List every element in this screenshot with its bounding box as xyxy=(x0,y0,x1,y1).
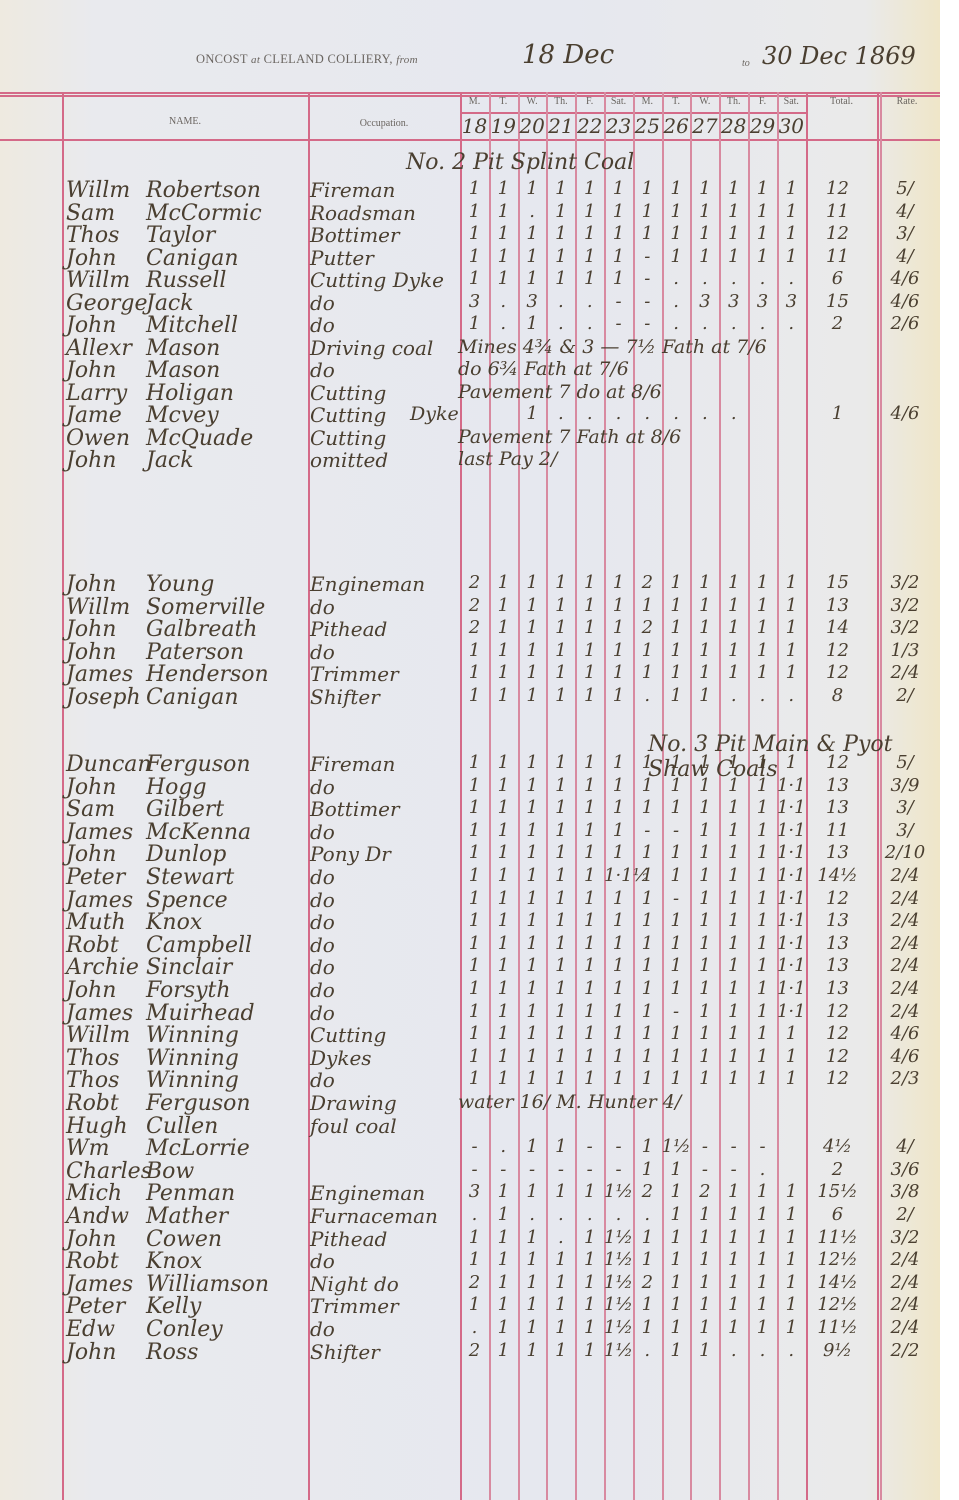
day-cell: . xyxy=(662,403,691,424)
last-name: McCormic xyxy=(146,201,262,226)
last-name: Kelly xyxy=(146,1294,201,1319)
first-name: Willm xyxy=(66,1023,130,1048)
day-label: T. xyxy=(662,96,691,107)
rate-cell: 4/6 xyxy=(880,291,930,312)
day-cell: 1 xyxy=(575,820,604,841)
day-cell: 1 xyxy=(777,246,806,267)
document-title: ONCOST at CLELAND COLLIERY, from xyxy=(196,52,418,67)
day-cell: 1 xyxy=(719,640,748,661)
day-cell: . xyxy=(546,1227,575,1248)
day-cell: 1 xyxy=(690,246,719,267)
day-cell: 1 xyxy=(633,842,662,863)
day-cell: 1 xyxy=(546,1340,575,1361)
day-cell: . xyxy=(719,313,748,334)
last-name: Mcvey xyxy=(146,403,219,428)
date-label: 23 xyxy=(604,114,633,138)
day-cell: . xyxy=(489,313,518,334)
day-cell: 1 xyxy=(690,617,719,638)
occupation: Pony Dr xyxy=(310,842,391,866)
day-cell: 1 xyxy=(460,797,489,818)
day-cell: 1 xyxy=(575,865,604,886)
rate-cell: 2/ xyxy=(880,685,930,706)
rate-cell: 2/4 xyxy=(880,1294,930,1315)
day-cell: 1·1 xyxy=(777,888,806,909)
day-cell: 1 xyxy=(690,1249,719,1270)
day-cell: 1 xyxy=(575,1023,604,1044)
day-cell: 2 xyxy=(460,1340,489,1361)
day-cell: 1 xyxy=(748,1046,777,1067)
table-row: JohnHoggdo111111111111·1133/9 xyxy=(0,775,940,797)
day-cell: 1 xyxy=(518,1294,547,1315)
occupation: Pithead xyxy=(310,1227,387,1251)
day-cell: 1 xyxy=(604,178,633,199)
day-cell: 1 xyxy=(460,775,489,796)
day-cell: 1 xyxy=(518,246,547,267)
day-cell: 1½ xyxy=(604,1181,633,1202)
table-row: RobtFergusonDrawingwater 16/ M. Hunter 4… xyxy=(0,1091,940,1113)
day-cell: 1 xyxy=(748,572,777,593)
occupation: Cutting xyxy=(310,426,386,450)
table-row: JameMcveyCuttingDyke1.......14/6 xyxy=(0,403,940,425)
total-cell: 15½ xyxy=(810,1181,865,1202)
table-row: JohnMitchelldo1.1..--.....22/6 xyxy=(0,313,940,335)
day-cell: 1 xyxy=(518,1181,547,1202)
rate-cell: 2/4 xyxy=(880,978,930,999)
day-cell: 1 xyxy=(633,1023,662,1044)
day-cell: 1 xyxy=(460,201,489,222)
day-cell: 1 xyxy=(489,775,518,796)
rate-cell: 4/6 xyxy=(880,1046,930,1067)
day-cell: 1·1 xyxy=(777,955,806,976)
day-cell: 1 xyxy=(489,820,518,841)
last-name: McLorrie xyxy=(146,1136,250,1161)
day-cell: 2 xyxy=(633,617,662,638)
day-cell: 1 xyxy=(518,1023,547,1044)
day-cell: 1 xyxy=(518,1046,547,1067)
total-cell: 12 xyxy=(810,662,865,683)
occupation: Bottimer xyxy=(310,797,400,821)
day-cell: 1 xyxy=(719,955,748,976)
day-cell: 1 xyxy=(489,910,518,931)
day-cell: 1·1 xyxy=(777,775,806,796)
occupation: Furnaceman xyxy=(310,1204,438,1228)
occupation: do xyxy=(310,291,335,315)
date-label: 30 xyxy=(777,114,806,138)
day-cell: 1 xyxy=(604,1023,633,1044)
day-cell: 1 xyxy=(489,1068,518,1089)
day-cell: 2 xyxy=(460,572,489,593)
day-cell: 1 xyxy=(489,178,518,199)
first-name: John xyxy=(66,775,116,800)
day-cell: 1 xyxy=(777,752,806,773)
occupation: Night do xyxy=(310,1272,399,1296)
day-cell: - xyxy=(604,1159,633,1180)
day-cell: 1 xyxy=(575,775,604,796)
day-cell: 1 xyxy=(460,888,489,909)
rate-cell: 2/3 xyxy=(880,1068,930,1089)
rate-cell: 3/2 xyxy=(880,1227,930,1248)
total-cell: 13 xyxy=(810,955,865,976)
rate-cell: 2/4 xyxy=(880,1272,930,1293)
last-name: Robertson xyxy=(146,178,261,203)
total-cell: 1 xyxy=(810,403,865,424)
day-cell: 1 xyxy=(489,955,518,976)
day-cell: 1 xyxy=(546,752,575,773)
day-cell: 2 xyxy=(633,572,662,593)
day-cell: 1 xyxy=(489,640,518,661)
day-cell: 1 xyxy=(748,910,777,931)
note: water 16/ M. Hunter 4/ xyxy=(458,1091,681,1113)
day-cell: 3 xyxy=(518,291,547,312)
day-cell: . xyxy=(633,1204,662,1225)
day-cell: - xyxy=(604,313,633,334)
day-cell: 1 xyxy=(460,978,489,999)
day-label: F. xyxy=(748,96,777,107)
day-cell: 1 xyxy=(575,1340,604,1361)
last-name: Gilbert xyxy=(146,797,224,822)
total-cell: 13 xyxy=(810,978,865,999)
day-cell: 1 xyxy=(719,978,748,999)
first-name: John xyxy=(66,1340,116,1365)
day-cell: 1 xyxy=(546,595,575,616)
day-cell: 1 xyxy=(719,1001,748,1022)
day-cell: . xyxy=(748,685,777,706)
day-cell: - xyxy=(518,1159,547,1180)
first-name: Thos xyxy=(66,223,119,248)
day-cell: 1 xyxy=(518,978,547,999)
first-name: Willm xyxy=(66,178,130,203)
day-cell: 1 xyxy=(518,595,547,616)
rate-cell: 3/2 xyxy=(880,595,930,616)
day-cell: 1 xyxy=(604,1001,633,1022)
day-cell: 1 xyxy=(719,223,748,244)
day-cell: . xyxy=(662,291,691,312)
day-cell: 1 xyxy=(662,1204,691,1225)
table-row: AllexrMasonDriving coalMines 4¾ & 3 — 7½… xyxy=(0,336,940,358)
first-name: Peter xyxy=(66,865,125,890)
day-cell: 1 xyxy=(518,178,547,199)
day-cell: 1 xyxy=(748,662,777,683)
day-cell: 1 xyxy=(489,572,518,593)
day-cell: 1 xyxy=(546,617,575,638)
first-name: John xyxy=(66,617,116,642)
date-to: 30 Dec 1869 xyxy=(762,42,916,70)
day-cell: . xyxy=(748,268,777,289)
day-cell: 1 xyxy=(575,685,604,706)
occupation: do xyxy=(310,775,335,799)
first-name: Robt xyxy=(66,1249,119,1274)
day-cell: 1 xyxy=(518,910,547,931)
day-cell: 1 xyxy=(690,1340,719,1361)
day-cell: 1½ xyxy=(604,1272,633,1293)
last-name: Muirhead xyxy=(146,1001,255,1026)
first-name: John xyxy=(66,640,116,665)
rate-cell: 4/ xyxy=(880,246,930,267)
first-name: Robt xyxy=(66,933,119,958)
day-cell: 1 xyxy=(575,595,604,616)
day-label: Sat. xyxy=(604,96,633,107)
day-cell: 1 xyxy=(777,1227,806,1248)
note: Pavement 7 Fath at 8/6 xyxy=(458,426,681,448)
day-cell: . xyxy=(575,313,604,334)
day-cell: 1 xyxy=(690,1227,719,1248)
day-cell: 1 xyxy=(546,1001,575,1022)
day-cell: 1 xyxy=(575,1317,604,1338)
day-cell: . xyxy=(748,313,777,334)
day-cell: . xyxy=(460,1317,489,1338)
day-cell: 1 xyxy=(662,617,691,638)
day-cell: 1 xyxy=(719,246,748,267)
rate-cell: 3/2 xyxy=(880,617,930,638)
day-cell: 1 xyxy=(575,223,604,244)
day-cell: 1 xyxy=(748,246,777,267)
day-cell: 1 xyxy=(662,1317,691,1338)
total-cell: 4½ xyxy=(810,1136,865,1157)
header-rate: Rate. xyxy=(877,96,937,107)
date-label: 29 xyxy=(748,114,777,138)
day-cell: . xyxy=(518,201,547,222)
day-cell: 3 xyxy=(748,291,777,312)
day-cell: 1 xyxy=(633,978,662,999)
day-cell: - xyxy=(719,1159,748,1180)
day-cell: 1·1 xyxy=(777,820,806,841)
day-cell: 1 xyxy=(489,617,518,638)
day-cell: 1 xyxy=(690,1046,719,1067)
day-cell: 1 xyxy=(575,978,604,999)
first-name: John xyxy=(66,246,116,271)
date-label: 28 xyxy=(719,114,748,138)
day-cell: 1 xyxy=(633,1227,662,1248)
occupation: Trimmer xyxy=(310,662,399,686)
total-cell: 13 xyxy=(810,910,865,931)
day-cell: 1 xyxy=(546,1272,575,1293)
last-name: Holigan xyxy=(146,381,234,406)
day-cell: 1 xyxy=(604,842,633,863)
day-cell: 1 xyxy=(460,865,489,886)
rate-cell: 2/6 xyxy=(880,313,930,334)
day-cell: 1 xyxy=(719,865,748,886)
table-row: SamMcCormicRoadsman11.111111111114/ xyxy=(0,201,940,223)
day-cell: 1 xyxy=(777,1046,806,1067)
title-place: CLELAND COLLIERY, xyxy=(264,52,393,66)
total-cell: 11½ xyxy=(810,1227,865,1248)
day-cell: 1·1 xyxy=(777,910,806,931)
day-cell: 1 xyxy=(604,685,633,706)
date-label: 20 xyxy=(518,114,547,138)
day-cell: 1 xyxy=(460,246,489,267)
day-cell: 1 xyxy=(460,313,489,334)
day-cell: . xyxy=(604,403,633,424)
first-name: James xyxy=(66,1272,133,1297)
day-cell: 1 xyxy=(719,178,748,199)
day-cell: 1 xyxy=(460,955,489,976)
day-cell: 2 xyxy=(460,1272,489,1293)
last-name: Winning xyxy=(146,1023,239,1048)
day-cell: 1 xyxy=(489,797,518,818)
occupation: Shifter xyxy=(310,685,380,709)
day-cell: 1 xyxy=(575,1181,604,1202)
date-label: 26 xyxy=(662,114,691,138)
day-label: Sat. xyxy=(777,96,806,107)
occupation: Roadsman xyxy=(310,201,416,225)
day-cell: . xyxy=(690,268,719,289)
day-cell: 1 xyxy=(489,268,518,289)
day-cell: 1 xyxy=(690,775,719,796)
day-cell: 1 xyxy=(662,1272,691,1293)
last-name: McQuade xyxy=(146,426,253,451)
day-cell: 1 xyxy=(546,1023,575,1044)
table-row: JamesSpencedo1111111-1111·1122/4 xyxy=(0,888,940,910)
day-cell: 1 xyxy=(719,888,748,909)
day-cell: 1 xyxy=(604,775,633,796)
day-cell: 1 xyxy=(575,888,604,909)
day-cell: 1½ xyxy=(604,1227,633,1248)
day-cell: 1 xyxy=(662,955,691,976)
day-cell: . xyxy=(489,291,518,312)
total-cell: 13 xyxy=(810,797,865,818)
rate-cell: 4/6 xyxy=(880,1023,930,1044)
table-row: DuncanFergusonFireman111111111111125/ xyxy=(0,752,940,774)
last-name: Campbell xyxy=(146,933,252,958)
day-cell: 1 xyxy=(719,842,748,863)
total-cell: 11 xyxy=(810,246,865,267)
day-cell: 1 xyxy=(662,865,691,886)
occupation: do xyxy=(310,865,335,889)
first-name: John xyxy=(66,358,116,383)
day-cell: 1 xyxy=(748,617,777,638)
table-row: PeterKellyTrimmer111111½11111112½2/4 xyxy=(0,1294,940,1316)
day-cell: 1 xyxy=(748,775,777,796)
day-cell: . xyxy=(719,403,748,424)
day-cell: 1 xyxy=(748,1181,777,1202)
day-cell: 1 xyxy=(604,617,633,638)
day-cell: 1 xyxy=(575,842,604,863)
day-cell: 1 xyxy=(489,1249,518,1270)
last-name: Stewart xyxy=(146,865,234,890)
day-cell: 1 xyxy=(662,1046,691,1067)
day-cell: 3 xyxy=(719,291,748,312)
total-cell: 6 xyxy=(810,1204,865,1225)
day-cell: 1 xyxy=(690,1068,719,1089)
first-name: Archie xyxy=(66,955,139,980)
total-cell: 12 xyxy=(810,1001,865,1022)
total-cell: 11 xyxy=(810,201,865,222)
day-cell: 1 xyxy=(748,1317,777,1338)
day-cell: 1 xyxy=(719,933,748,954)
day-cell: - xyxy=(604,291,633,312)
header-name: NAME. xyxy=(62,116,308,127)
last-name: McKenna xyxy=(146,820,251,845)
day-cell: 1 xyxy=(690,752,719,773)
day-cell: 1 xyxy=(460,685,489,706)
day-cell: 1 xyxy=(604,1046,633,1067)
day-cell: . xyxy=(662,268,691,289)
day-cell: 1 xyxy=(489,685,518,706)
day-cell: 3 xyxy=(460,291,489,312)
table-row: JohnCaniganPutter111111-11111114/ xyxy=(0,246,940,268)
day-cell: 1½ xyxy=(604,1294,633,1315)
last-name: Cullen xyxy=(146,1114,218,1139)
day-cell: 1 xyxy=(518,640,547,661)
day-cell: 1 xyxy=(489,1272,518,1293)
section-heading: No. 2 Pit Splint Coal xyxy=(406,150,634,175)
first-name: Owen xyxy=(66,426,130,451)
total-cell: 14 xyxy=(810,617,865,638)
day-cell: 1 xyxy=(777,178,806,199)
day-label: M. xyxy=(633,96,662,107)
day-cell: 1 xyxy=(518,268,547,289)
day-cell: - xyxy=(719,1136,748,1157)
day-cell: 1 xyxy=(546,223,575,244)
day-cell: . xyxy=(748,1159,777,1180)
day-cell: 1 xyxy=(633,1159,662,1180)
day-cell: 1 xyxy=(489,1023,518,1044)
last-name: Ross xyxy=(146,1340,198,1365)
rate-cell: 2/4 xyxy=(880,910,930,931)
day-cell: 1 xyxy=(460,178,489,199)
last-name: Mason xyxy=(146,336,220,361)
day-cell: 1 xyxy=(690,1272,719,1293)
day-cell: 1 xyxy=(489,1227,518,1248)
table-row: JohnJackomittedlast Pay 2/ xyxy=(0,448,940,470)
day-cell: 1 xyxy=(719,797,748,818)
day-cell: 1 xyxy=(604,595,633,616)
day-cell: . xyxy=(546,1204,575,1225)
day-cell: 1 xyxy=(489,1046,518,1067)
day-cell: 1 xyxy=(748,797,777,818)
day-cell: 1 xyxy=(690,1204,719,1225)
day-cell: 1 xyxy=(518,842,547,863)
day-cell: - xyxy=(460,1159,489,1180)
day-cell: 1 xyxy=(662,1181,691,1202)
day-cell: 1 xyxy=(489,888,518,909)
day-cell: 1 xyxy=(460,223,489,244)
last-name: Galbreath xyxy=(146,617,257,642)
table-row: LarryHoliganCuttingPavement 7 do at 8/6 xyxy=(0,381,940,403)
occupation: Engineman xyxy=(310,572,425,596)
day-cell: 1 xyxy=(633,1046,662,1067)
day-cell: . xyxy=(518,1204,547,1225)
day-cell: 1 xyxy=(518,888,547,909)
day-cell: 1 xyxy=(460,752,489,773)
header-total: Total. xyxy=(806,96,877,107)
table-row: JohnYoungEngineman211111211111153/2 xyxy=(0,572,940,594)
day-cell: 1 xyxy=(633,1249,662,1270)
rate-cell: 4/6 xyxy=(880,268,930,289)
day-cell: 1 xyxy=(662,246,691,267)
day-cell: 1 xyxy=(662,1227,691,1248)
day-cell: 1 xyxy=(777,201,806,222)
day-cell: 1 xyxy=(604,662,633,683)
day-cell: 1 xyxy=(575,572,604,593)
first-name: Peter xyxy=(66,1294,125,1319)
day-cell: 1 xyxy=(546,1317,575,1338)
day-cell: 1 xyxy=(777,595,806,616)
table-row: ThosTaylorBottimer111111111111123/ xyxy=(0,223,940,245)
total-cell: 12 xyxy=(810,178,865,199)
day-cell: 1 xyxy=(719,1249,748,1270)
rate-cell: 3/ xyxy=(880,797,930,818)
day-cell: . xyxy=(575,1204,604,1225)
table-row: GeorgeJackdo3.3..--.3333154/6 xyxy=(0,291,940,313)
day-cell: 1 xyxy=(719,201,748,222)
day-cell: 1 xyxy=(546,865,575,886)
day-cell: 1 xyxy=(777,1204,806,1225)
day-cell: 1 xyxy=(575,268,604,289)
day-cell: 3 xyxy=(690,291,719,312)
day-cell: 2 xyxy=(460,595,489,616)
day-cell: 1 xyxy=(719,1317,748,1338)
